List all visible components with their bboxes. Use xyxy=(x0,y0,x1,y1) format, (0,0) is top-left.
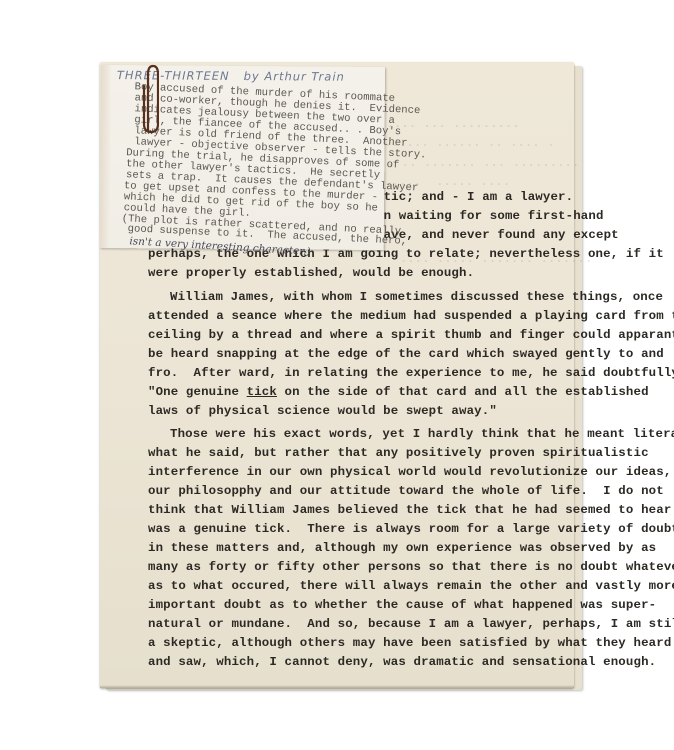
text-line: attended a seance where the medium had s… xyxy=(148,309,674,323)
text-line: our philosopphy and our attitude toward … xyxy=(148,484,664,498)
text-line: was a genuine tick. There is always room… xyxy=(148,522,674,536)
card-edge xyxy=(100,65,111,248)
text-line-partial: rave, and never found any except xyxy=(376,228,619,242)
paragraph-start: Those were his exact words, yet I hardly… xyxy=(170,427,674,441)
text-line: were properly established, would be enou… xyxy=(148,266,474,280)
text-line: be heard snapping at the edge of the car… xyxy=(148,347,664,361)
paragraph-start: William James, with whom I sometimes dis… xyxy=(170,290,663,304)
text-line: think that William James believed the ti… xyxy=(148,503,671,517)
text-line-tick: "One genuine tick on the side of that ca… xyxy=(148,385,649,399)
text-line: laws of physical science would be swept … xyxy=(148,404,497,418)
text-line: a skeptic, although others may have been… xyxy=(148,636,671,650)
text-line: what he said, but rather that any positi… xyxy=(148,446,649,460)
text-line: important doubt as to whether the cause … xyxy=(148,598,656,612)
text-line: and saw, which, I cannot deny, was drama… xyxy=(148,655,656,669)
text-line: as to what occured, there will always re… xyxy=(148,579,674,593)
text-line: many as forty or fifty other persons so … xyxy=(148,560,674,574)
underlined-word-tick: tick xyxy=(247,385,277,399)
text-line: fro. After ward, in relating the experie… xyxy=(148,366,674,380)
tick-before: "One genuine xyxy=(148,385,247,399)
text-line: natural or mundane. And so, because I am… xyxy=(148,617,674,631)
paperclip-icon xyxy=(139,64,159,134)
text-line-partial: en waiting for some first-hand xyxy=(376,209,604,223)
tick-after: on the side of that card and all the est… xyxy=(277,385,649,399)
text-line: ceiling by a thread and where a spirit t… xyxy=(148,328,674,342)
text-line: interference in our own physical world w… xyxy=(148,465,671,479)
text-line: in these matters and, although my own ex… xyxy=(148,541,656,555)
